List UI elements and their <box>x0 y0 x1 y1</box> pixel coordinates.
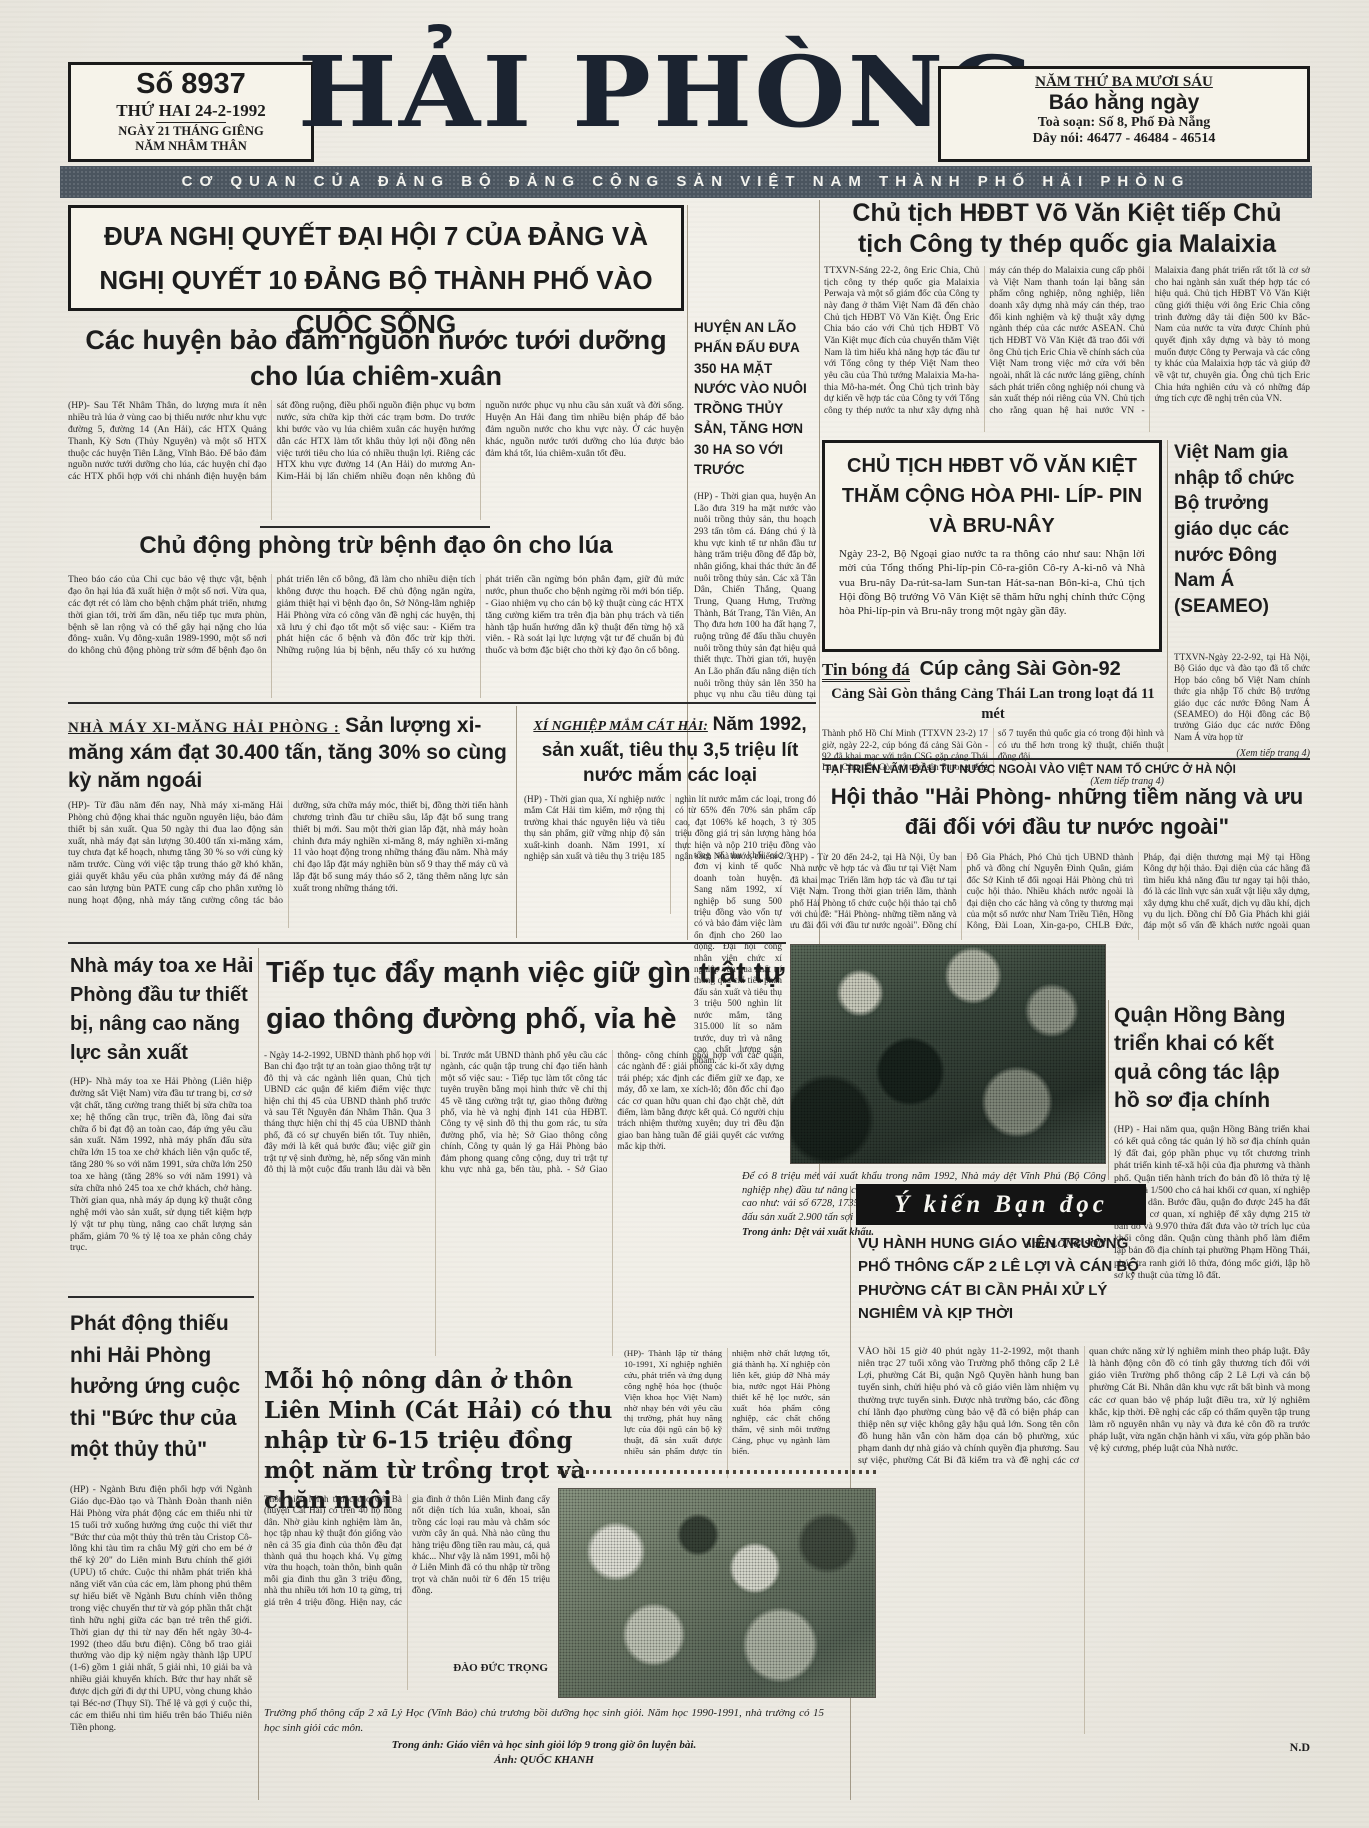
info-address: Toà soạn: Số 8, Phố Đà Nẵng <box>941 115 1307 131</box>
football-kicker: Tin bóng đá <box>822 660 910 682</box>
chem-column: (HP)- Thành lập từ tháng 10-1991, Xí ngh… <box>624 1348 830 1478</box>
football-title: Cúp cảng Sài Gòn-92 <box>920 658 1121 680</box>
photo-school-caption: Trường phổ thông cấp 2 xã Lý Học (Vĩnh B… <box>264 1706 824 1736</box>
info-daily: Báo hằng ngày <box>941 91 1307 115</box>
info-box: NĂM THỨ BA MƯƠI SÁU Báo hằng ngày Toà so… <box>938 66 1310 162</box>
wagon-headline: Nhà máy toa xe Hải Phòng đầu tư thiết bị… <box>70 952 254 1070</box>
lien-minh-body: Thôn Liên Minh thuộc đảo Cát Bà (huyện C… <box>264 1494 550 1690</box>
masthead-title: HẢI PHÒNG <box>298 44 952 160</box>
divider-vertical-hongbang <box>1108 1000 1109 1180</box>
dao-on-body: Theo báo cáo của Chi cục bảo vệ thực vật… <box>68 574 684 698</box>
lien-minh-byline: ĐÀO ĐỨC TRỌNG <box>392 1662 548 1674</box>
photo-weaving <box>790 944 1106 1164</box>
reader-body: VÀO hồi 15 giờ 40 phút ngày 11-2-1992, m… <box>858 1346 1310 1734</box>
reader-byline: N.D <box>1200 1740 1310 1755</box>
an-lao-body: (HP) - Thời gian qua, huyện An Lão đưa 3… <box>694 492 816 700</box>
issue-date: THỨ HAI 24-2-1992 <box>71 101 311 121</box>
traffic-headline: Tiếp tục đẩy mạnh việc giữ gìn trật tự g… <box>266 950 786 1042</box>
seameo-headline: Việt Nam gia nhập tổ chức Bộ trưởng giáo… <box>1174 440 1310 648</box>
dao-on-headline: Chủ động phòng trừ bệnh đạo ôn cho lúa <box>90 532 662 566</box>
photo-school-inphoto: Trong ảnh: Giáo viên và học sinh giỏi lớ… <box>264 1739 824 1751</box>
dao-on-rule <box>260 526 490 528</box>
football-subhead: Cảng Sài Gòn thắng Cảng Thái Lan trong l… <box>830 685 1156 724</box>
water-body: (HP)- Sau Tết Nhâm Thân, do lượng mưa ít… <box>68 400 684 520</box>
photo-school-credit: Ảnh: QUỐC KHANH <box>264 1754 824 1766</box>
cement-article: NHÀ MÁY XI-MĂNG HẢI PHÒNG : Sản lượng xi… <box>68 712 508 938</box>
water-headline: Các huyện bảo đảm nguồn nước tưới dưỡng … <box>80 322 672 398</box>
photo-school-divider <box>558 1470 876 1474</box>
traffic-body: - Ngày 14-2-1992, UBND thành phố họp với… <box>264 1050 784 1356</box>
newspaper-page: Số 8937 THỨ HAI 24-2-1992 NGÀY 21 THÁNG … <box>0 0 1369 1828</box>
issue-lunar-year: NĂM NHÂM THÂN <box>71 139 311 154</box>
issue-number: Số 8937 <box>71 69 311 101</box>
reader-section-banner: Ý kiến Bạn đọc <box>858 1186 1144 1223</box>
issue-lunar-day: NGÀY 21 THÁNG GIÊNG <box>71 124 311 139</box>
children-headline: Phát động thiếu nhi Hải Phòng hưởng ứng … <box>70 1308 254 1476</box>
an-lao-headline: HUYỆN AN LÃO PHẤN ĐẤU ĐƯA 350 HA MẶT NƯỚ… <box>694 318 816 486</box>
issue-box: Số 8937 THỨ HAI 24-2-1992 NGÀY 21 THÁNG … <box>68 62 314 162</box>
photo-school <box>558 1488 876 1698</box>
malaysia-body: TTXVN-Sáng 22-2, ông Eric Chia, Chủ tịch… <box>824 266 1310 432</box>
cement-kicker: NHÀ MÁY XI-MĂNG HẢI PHÒNG : <box>68 720 340 736</box>
masthead-banner: CƠ QUAN CỦA ĐẢNG BỘ ĐẢNG CỘNG SẢN VIỆT N… <box>60 166 1312 198</box>
children-body: (HP) - Ngành Bưu điện phối hợp với Ngành… <box>70 1484 252 1796</box>
invest-headline: Hội thảo "Hải Phòng- những tiềm năng và … <box>824 782 1310 846</box>
info-phone: Dây nói: 46477 - 46484 - 46514 <box>941 131 1307 147</box>
philippines-box: CHỦ TỊCH HĐBT VÕ VĂN KIỆT THĂM CỘNG HÒA … <box>822 440 1162 652</box>
divider-vertical-wagon <box>258 948 259 1800</box>
malaysia-headline: Chủ tịch HĐBT Võ Văn Kiệt tiếp Chủ tịch … <box>828 198 1306 260</box>
divider-vertical-seameo <box>1167 440 1168 752</box>
invest-overline: TẠI TRIỂN LÃM ĐẦU TƯ NƯỚC NGOÀI VÀO VIỆT… <box>824 764 1310 780</box>
philippines-body: Ngày 23-2, Bộ Ngoại giao nước ta ra thôn… <box>839 547 1145 618</box>
wagon-row-rule <box>68 942 786 944</box>
fish-kicker: XÍ NGHIỆP MẮM CÁT HẢI: <box>533 719 708 734</box>
divider-vertical-cement-fish <box>516 706 517 938</box>
reader-headline: VỤ HÀNH HUNG GIÁO VIÊN TRƯỜNG PHỔ THÔNG … <box>858 1232 1140 1338</box>
cement-body: (HP)- Từ đầu năm đến nay, Nhà máy xi-măn… <box>68 800 508 928</box>
cement-row-rule <box>68 702 816 704</box>
hong-bang-body: (HP) - Hai năm qua, quận Hồng Bàng triển… <box>1114 1124 1310 1340</box>
wagon-body: (HP)- Nhà máy toa xe Hải Phòng (Liên hiệ… <box>70 1076 252 1290</box>
lead-headline-box: ĐƯA NGHỊ QUYẾT ĐẠI HỘI 7 CỦA ĐẢNG VÀ NGH… <box>68 205 684 311</box>
invest-rule <box>822 758 1310 760</box>
philippines-headline: CHỦ TỊCH HĐBT VÕ VĂN KIỆT THĂM CỘNG HÒA … <box>839 451 1145 541</box>
invest-body: (HP) - Từ 20 đến 24-2, tại Hà Nội, Ủy ba… <box>790 852 1310 940</box>
hong-bang-headline: Quận Hồng Bàng triển khai có kết quả côn… <box>1114 1002 1310 1120</box>
children-rule <box>68 1296 254 1298</box>
info-year: NĂM THỨ BA MƯƠI SÁU <box>941 74 1307 91</box>
lien-minh-headline: Mỗi hộ nông dân ở thôn Liên Minh (Cát Hả… <box>264 1366 616 1486</box>
issue-box-rule <box>156 122 226 123</box>
seameo-body: TTXVN-Ngày 22-2-92, tại Hà Nội, Bộ Giáo … <box>1174 652 1310 750</box>
photo-school-caption-block: Trường phổ thông cấp 2 xã Lý Học (Vĩnh B… <box>264 1706 824 1802</box>
